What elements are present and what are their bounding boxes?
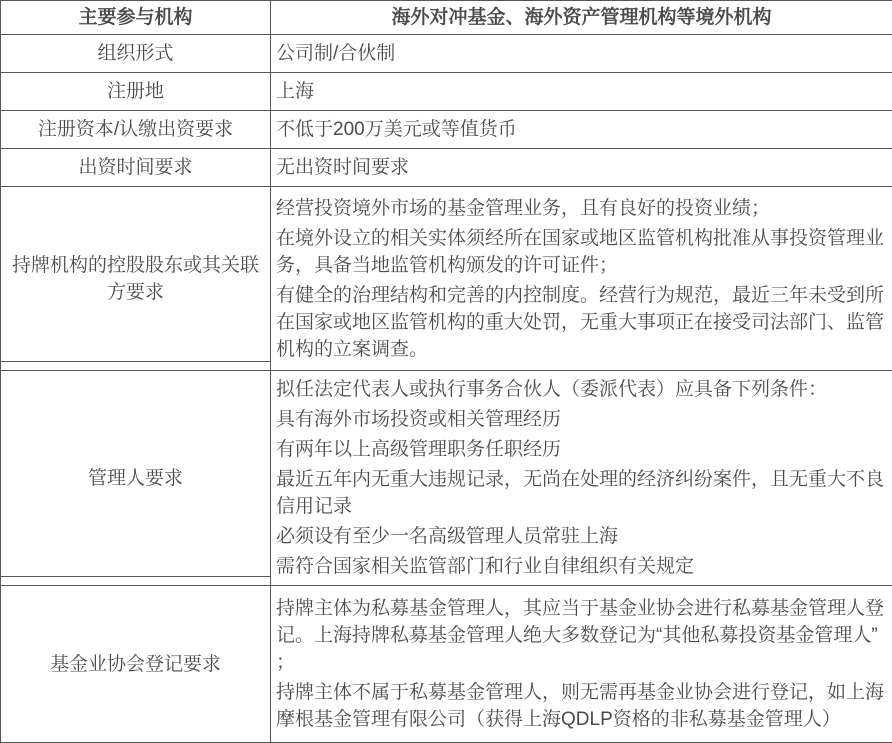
header-row: 主要参与机构 海外对冲基金、海外资产管理机构等境外机构 [1,1,892,35]
content-paragraph: 拟任法定代表人或执行事务合伙人（委派代表）应具备下列条件： [276,376,888,403]
row-label-organization-form: 组织形式 [1,35,271,73]
table-row: 出资时间要求 无出资时间要求 [1,149,892,187]
row-label-contribution-time-requirement: 出资时间要求 [1,149,271,187]
table-row: 管理人要求 拟任法定代表人或执行事务合伙人（委派代表）应具备下列条件： 具有海外… [1,371,892,586]
row-label-registration-place: 注册地 [1,73,271,111]
content-paragraph: 持牌主体为私募基金管理人，其应当于基金业协会进行私募基金管理人登记。上海持牌私募… [276,595,888,676]
row-content-organization-form: 公司制/合伙制 [271,35,892,73]
content-paragraph: 经营投资境外市场的基金管理业务，且有良好的投资业绩； [276,195,888,222]
content-paragraph: 最近五年内无重大违规记录，无尚在处理的经济纠纷案件，且无重大不良信用记录 [276,466,888,520]
table-row: 注册地 上海 [1,73,892,111]
row-label-registered-capital-requirement: 注册资本/认缴出资要求 [1,111,271,149]
row-label-licensed-shareholder-requirement: 持牌机构的控股股东或其关联方要求 [1,187,271,371]
content-paragraph: 必须设有至少一名高级管理人员常驻上海 [276,523,888,550]
row-content-registered-capital-requirement: 不低于200万美元或等值货币 [271,111,892,149]
content-paragraph: 无出资时间要求 [276,154,888,181]
row-content-contribution-time-requirement: 无出资时间要求 [271,149,892,187]
content-paragraph: 有两年以上高级管理职务任职经历 [276,436,888,463]
participant-institutions-table: 主要参与机构 海外对冲基金、海外资产管理机构等境外机构 组织形式 公司制/合伙制… [0,0,892,743]
content-paragraph: 公司制/合伙制 [276,40,888,67]
row-content-licensed-shareholder-requirement: 经营投资境外市场的基金管理业务，且有良好的投资业绩； 在境外设立的相关实体须经所… [271,187,892,371]
content-paragraph: 有健全的治理结构和完善的内控制度。经营行为规范，最近三年未受到所在国家或地区监管… [276,282,888,363]
row-content-registration-place: 上海 [271,73,892,111]
content-paragraph: 持牌主体不属于私募基金管理人，则无需再基金业协会进行登记，如上海摩根基金管理有限… [276,679,888,733]
row-label-text: 管理人要求 [88,468,183,489]
header-main-participants: 主要参与机构 [1,1,271,35]
content-paragraph: 具有海外市场投资或相关管理经历 [276,406,888,433]
content-paragraph: 需符合国家相关监管部门和行业自律组织有关规定 [276,553,888,580]
content-paragraph: 不低于200万美元或等值货币 [276,116,888,143]
table-row: 基金业协会登记要求 持牌主体为私募基金管理人，其应当于基金业协会进行私募基金管理… [1,586,892,743]
content-paragraph: 上海 [276,78,888,105]
row-label-text: 持牌机构的控股股东或其关联方要求 [12,255,259,303]
row-content-amac-registration-requirement: 持牌主体为私募基金管理人，其应当于基金业协会进行私募基金管理人登记。上海持牌私募… [271,586,892,743]
row-label-manager-requirement: 管理人要求 [1,371,271,586]
label-cell-divider-line [1,361,270,362]
table-row: 组织形式 公司制/合伙制 [1,35,892,73]
header-overseas-institutions: 海外对冲基金、海外资产管理机构等境外机构 [271,1,892,35]
row-content-manager-requirement: 拟任法定代表人或执行事务合伙人（委派代表）应具备下列条件： 具有海外市场投资或相… [271,371,892,586]
row-label-amac-registration-requirement: 基金业协会登记要求 [1,586,271,743]
table-row: 注册资本/认缴出资要求 不低于200万美元或等值货币 [1,111,892,149]
label-cell-divider-line [1,576,270,577]
content-paragraph: 在境外设立的相关实体须经所在国家或地区监管机构批准从事投资管理业务，具备当地监管… [276,225,888,279]
table-row: 持牌机构的控股股东或其关联方要求 经营投资境外市场的基金管理业务，且有良好的投资… [1,187,892,371]
